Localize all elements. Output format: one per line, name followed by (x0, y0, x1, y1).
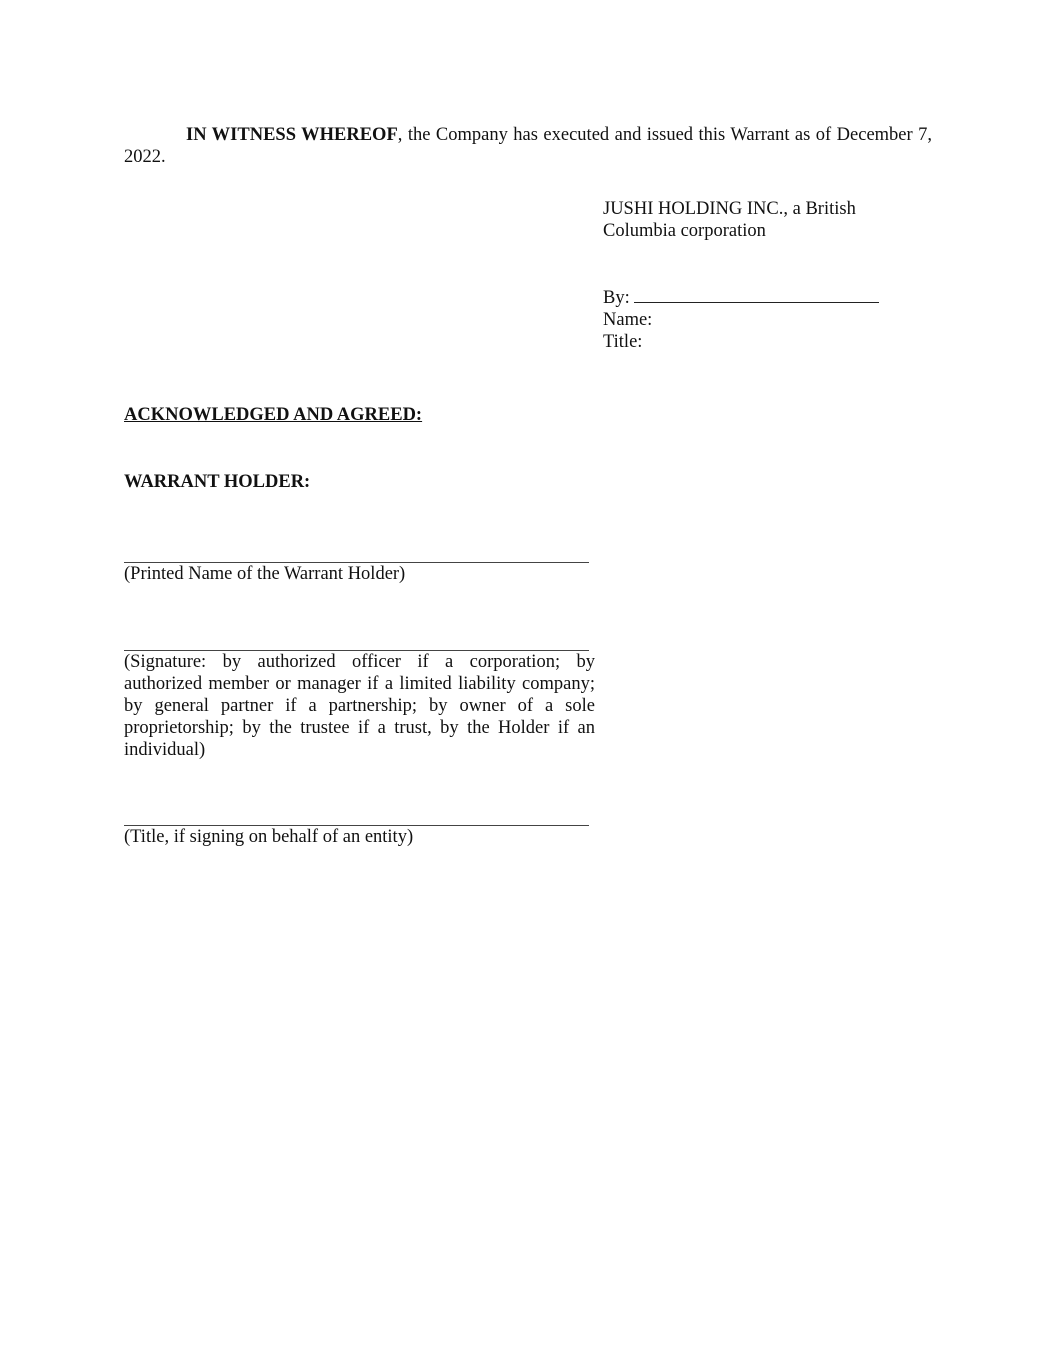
by-label: By: (603, 288, 630, 308)
printed-name-caption: (Printed Name of the Warrant Holder) (124, 563, 595, 585)
title-label: Title: (603, 331, 903, 353)
acknowledged-heading: ACKNOWLEDGED AND AGREED: (124, 404, 422, 426)
name-label: Name: (603, 309, 903, 331)
witness-paragraph: IN WITNESS WHEREOF, the Company has exec… (124, 124, 932, 168)
company-signature-block: By: Name: Title: (603, 286, 903, 353)
company-line-2: Columbia corporation (603, 220, 903, 242)
holder-signature-caption: (Signature: by authorized officer if a c… (124, 651, 595, 761)
company-line-1: JUSHI HOLDING INC., a British (603, 198, 903, 220)
witness-bold-lead: IN WITNESS WHEREOF (186, 125, 398, 145)
company-name-block: JUSHI HOLDING INC., a British Columbia c… (603, 198, 903, 242)
warrant-holder-heading: WARRANT HOLDER: (124, 471, 310, 493)
by-row: By: (603, 286, 903, 309)
holder-title-caption: (Title, if signing on behalf of an entit… (124, 826, 595, 848)
company-signature-line[interactable] (634, 286, 879, 303)
